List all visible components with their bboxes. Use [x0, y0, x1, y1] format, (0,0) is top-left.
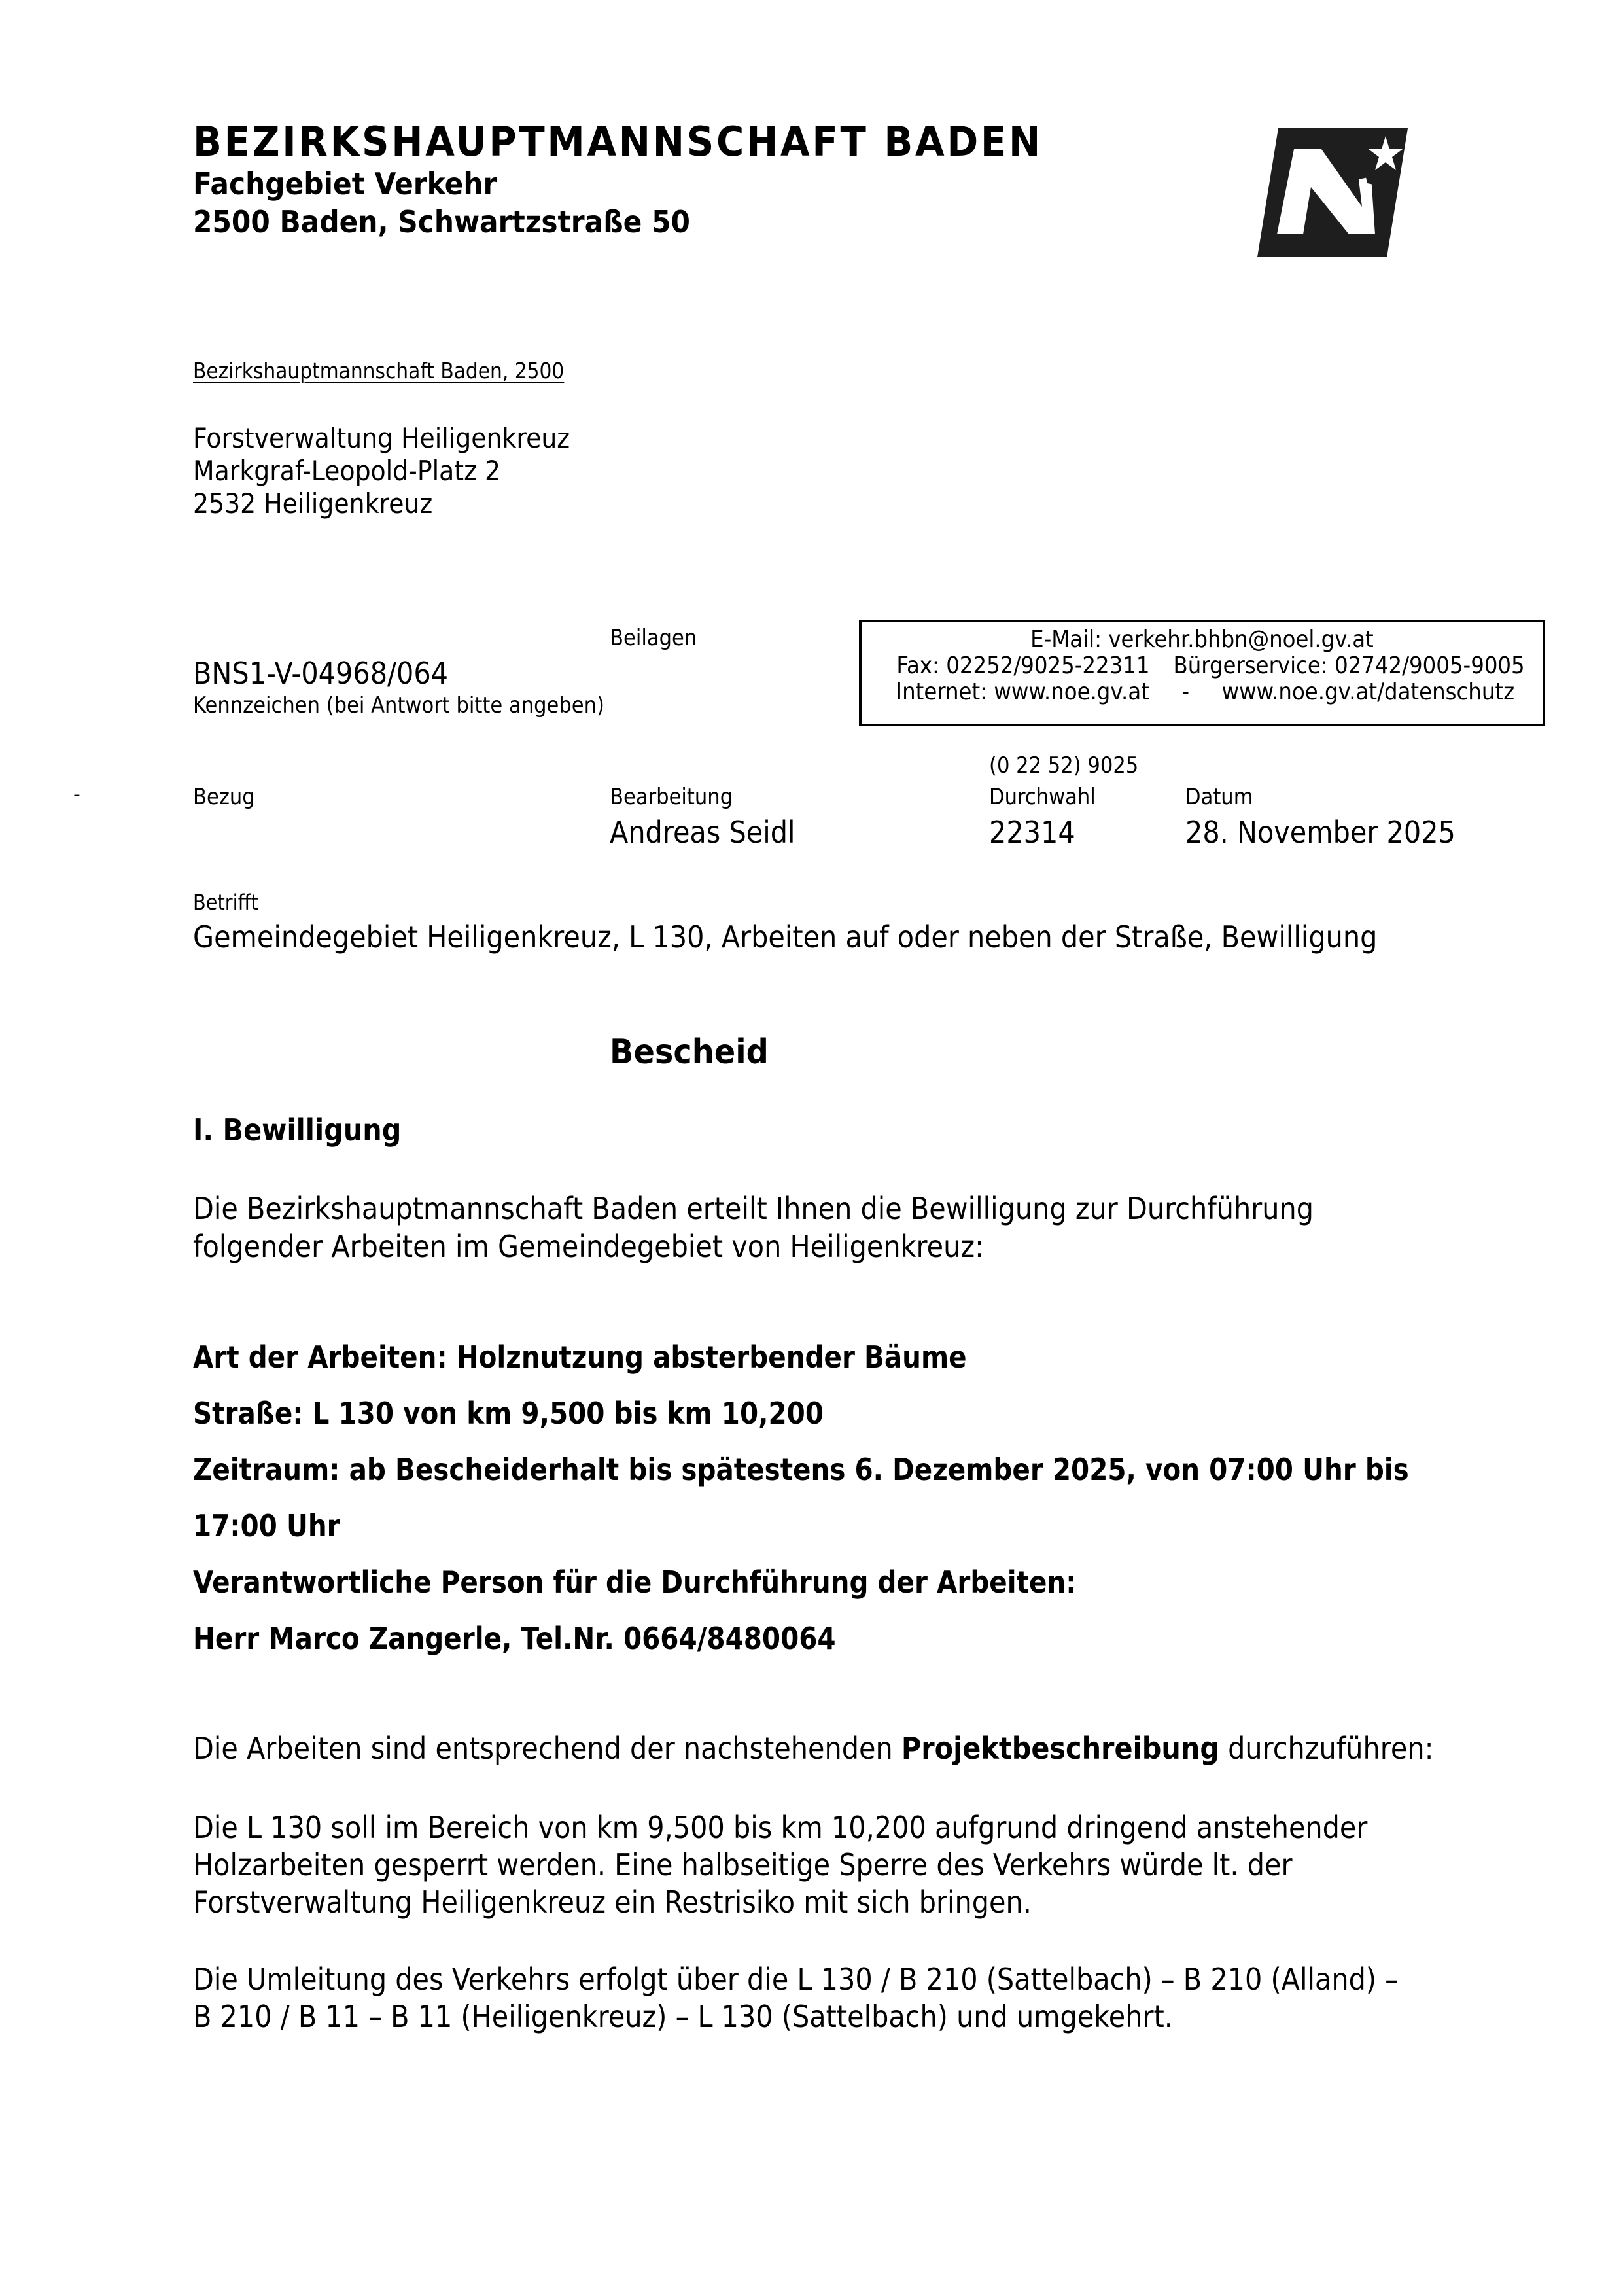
bearbeitung-label: Bearbeitung [610, 784, 733, 810]
contact-buergerservice: Bürgerservice: 02742/9005-9005 [1173, 652, 1524, 679]
bezug-label: Bezug [193, 784, 255, 810]
project-intro-text: durchzuführen: [1219, 1731, 1434, 1766]
detail-verantwortliche-person: Herr Marco Zangerle, Tel.Nr. 0664/848006… [193, 1621, 836, 1656]
kennzeichen-value: BNS1-V-04968/064 [193, 656, 448, 691]
detail-zeitraum: Zeitraum: ab Bescheiderhalt bis späteste… [193, 1452, 1409, 1487]
detour-line: Die Umleitung des Verkehrs erfolgt über … [193, 1961, 1399, 1998]
fold-mark: - [73, 783, 80, 806]
intro-line: folgender Arbeiten im Gemeindegebiet von… [193, 1227, 1314, 1265]
project-intro: Die Arbeiten sind entsprechend der nachs… [193, 1731, 1434, 1766]
datum-label: Datum [1185, 784, 1253, 810]
recipient-city: 2532 Heiligenkreuz [193, 487, 570, 520]
description-line: Forstverwaltung Heiligenkreuz ein Restri… [193, 1884, 1367, 1921]
detail-strasse: Straße: L 130 von km 9,500 bis km 10,200 [193, 1396, 824, 1431]
beilagen-label: Beilagen [610, 625, 697, 651]
project-intro-text: Die Arbeiten sind entsprechend der nachs… [193, 1731, 901, 1766]
detail-art-der-arbeiten: Art der Arbeiten: Holznutzung absterbend… [193, 1339, 967, 1375]
noe-logo-icon [1257, 123, 1408, 257]
datum-value: 28. November 2025 [1185, 815, 1456, 850]
recipient-address: Forstverwaltung Heiligenkreuz Markgraf-L… [193, 422, 570, 520]
intro-line: Die Bezirkshauptmannschaft Baden erteilt… [193, 1190, 1314, 1227]
detour-line: B 210 / B 11 – B 11 (Heiligenkreuz) – L … [193, 1998, 1399, 2036]
description-line: Holzarbeiten gesperrt werden. Eine halbs… [193, 1846, 1367, 1884]
kennzeichen-label: Kennzeichen (bei Antwort bitte angeben) [193, 692, 604, 718]
authority-name: BEZIRKSHAUPTMANNSCHAFT BADEN [193, 118, 1043, 166]
detail-zeitraum-cont: 17:00 Uhr [193, 1508, 340, 1544]
contact-fax: Fax: 02252/9025-22311 [896, 652, 1149, 679]
recipient-name: Forstverwaltung Heiligenkreuz [193, 422, 570, 455]
project-intro-bold: Projektbeschreibung [901, 1731, 1219, 1766]
contact-internet-link[interactable]: Internet: www.noe.gv.at [896, 679, 1149, 705]
contact-email: E-Mail: verkehr.bhbn@noel.gv.at [1030, 626, 1374, 653]
betrifft-text: Gemeindegebiet Heiligenkreuz, L 130, Arb… [193, 919, 1377, 955]
project-description: Die L 130 soll im Bereich von km 9,500 b… [193, 1809, 1367, 1921]
detail-verantwortliche-label: Verantwortliche Person für die Durchführ… [193, 1564, 1076, 1600]
phone-prefix: (0 22 52) 9025 [989, 752, 1138, 779]
contact-box: E-Mail: verkehr.bhbn@noel.gv.at Fax: 022… [859, 620, 1545, 726]
section-heading: I. Bewilligung [193, 1112, 401, 1148]
recipient-street: Markgraf-Leopold-Platz 2 [193, 455, 570, 487]
durchwahl-value: 22314 [989, 815, 1075, 850]
intro-paragraph: Die Bezirkshauptmannschaft Baden erteilt… [193, 1190, 1314, 1265]
betrifft-label: Betrifft [193, 890, 258, 915]
sender-return-line: Bezirkshauptmannschaft Baden, 2500 [193, 358, 564, 383]
authority-address: 2500 Baden, Schwartzstraße 50 [193, 204, 690, 239]
durchwahl-label: Durchwahl [989, 784, 1096, 810]
bearbeitung-value: Andreas Seidl [610, 815, 795, 850]
contact-datenschutz-link[interactable]: www.noe.gv.at/datenschutz [1222, 679, 1514, 705]
detour-description: Die Umleitung des Verkehrs erfolgt über … [193, 1961, 1399, 2036]
description-line: Die L 130 soll im Bereich von km 9,500 b… [193, 1809, 1367, 1846]
contact-separator: - [1181, 679, 1189, 705]
department-name: Fachgebiet Verkehr [193, 166, 497, 202]
document-title: Bescheid [610, 1033, 769, 1072]
